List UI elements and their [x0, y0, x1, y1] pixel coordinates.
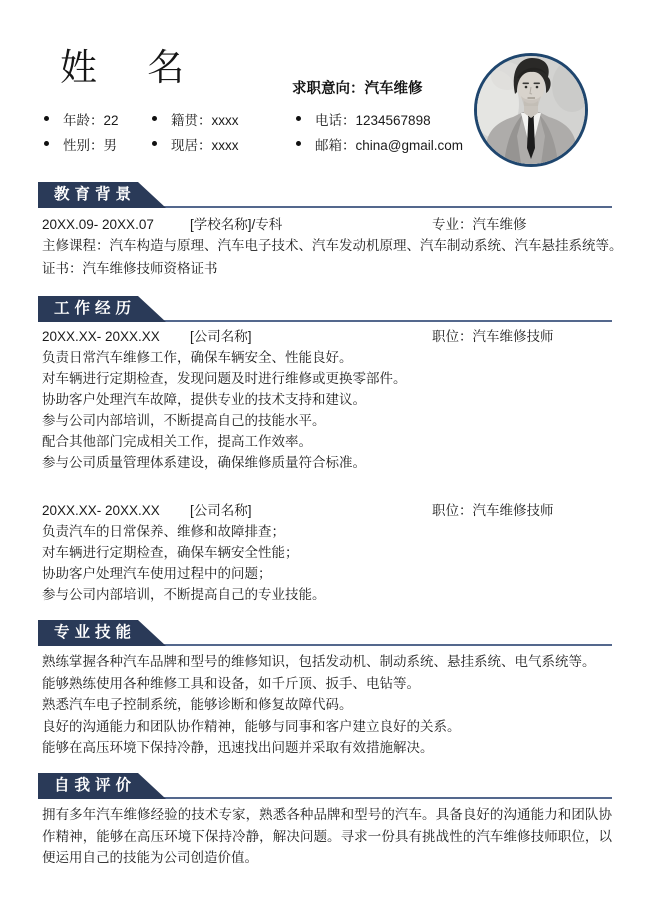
- job-objective: 求职意向：汽车维修: [292, 77, 423, 98]
- section-work-experience: 工作经历 20XX.XX- 20XX.XX [公司名称] 职位：汽车维修技师 负…: [38, 296, 612, 605]
- text-line: 参与公司内部培训，不断提高自己的技能水平。: [38, 410, 612, 431]
- contact-info-text: 电话：1234567898: [315, 109, 431, 129]
- contact-info-text: 年龄：22: [63, 109, 119, 129]
- skills-header: 专业技能: [38, 620, 612, 646]
- job1-dates: 20XX.XX- 20XX.XX: [42, 326, 190, 347]
- bullet-icon: [296, 116, 301, 121]
- bullet-icon: [44, 116, 49, 121]
- job1-company: [公司名称]: [190, 326, 432, 347]
- job1-position: 职位：汽车维修技师: [432, 326, 612, 347]
- education-dates: 20XX.09- 20XX.07: [42, 214, 190, 235]
- contact-info-item: 性别：男: [44, 131, 152, 156]
- contact-info-item: 年龄：22: [44, 106, 152, 131]
- contact-info-grid: 年龄：22 籍贯：xxxx 电话：1234567898 性别：男 现居：xxxx…: [44, 106, 463, 156]
- text-line: 协助客户处理汽车故障，提供专业的技术支持和建议。: [38, 389, 612, 410]
- section-education: 教育背景 20XX.09- 20XX.07 [学校名称]/专科 专业：汽车维修 …: [38, 182, 612, 280]
- job2-dates: 20XX.XX- 20XX.XX: [42, 500, 190, 521]
- resume-page: 姓 名 求职意向：汽车维修 年龄：22 籍贯：xxxx 电话：123456789…: [0, 0, 645, 912]
- work-header: 工作经历: [38, 296, 612, 322]
- education-title: 教育背景: [54, 186, 136, 203]
- profile-photo: [474, 53, 588, 167]
- job-block-2: 20XX.XX- 20XX.XX [公司名称] 职位：汽车维修技师 负责汽车的日…: [38, 500, 612, 605]
- contact-info-item: 电话：1234567898: [296, 106, 463, 131]
- text-line: 协助客户处理汽车使用过程中的问题；: [38, 563, 612, 584]
- skills-title: 专业技能: [54, 624, 136, 641]
- job2-position: 职位：汽车维修技师: [432, 500, 612, 521]
- education-meta-row: 20XX.09- 20XX.07 [学校名称]/专科 专业：汽车维修: [38, 214, 612, 235]
- candidate-name: 姓 名: [60, 46, 186, 90]
- contact-info-text: 性别：男: [63, 134, 117, 154]
- text-line: 负责日常汽车维修工作，确保车辆安全、性能良好。: [38, 347, 612, 368]
- text-line: 证书：汽车维修技师资格证书: [38, 258, 612, 281]
- education-title-banner: 教育背景: [38, 182, 166, 208]
- contact-info-text: 籍贯：xxxx: [171, 109, 239, 129]
- education-header: 教育背景: [38, 182, 612, 208]
- education-school: [学校名称]/专科: [190, 214, 432, 235]
- section-skills: 专业技能 熟练掌握各种汽车品牌和型号的维修知识，包括发动机、制动系统、悬挂系统、…: [38, 620, 612, 759]
- self-header: 自我评价: [38, 773, 612, 799]
- text-line: 能够在高压环境下保持冷静，迅速找出问题并采取有效措施解决。: [38, 737, 612, 759]
- job1-meta-row: 20XX.XX- 20XX.XX [公司名称] 职位：汽车维修技师: [38, 326, 612, 347]
- bullet-icon: [152, 141, 157, 146]
- text-line: 主修课程：汽车构造与原理、汽车电子技术、汽车发动机原理、汽车制动系统、汽车悬挂系…: [38, 235, 612, 258]
- portrait-illustration: [477, 56, 585, 164]
- self-title: 自我评价: [54, 777, 136, 794]
- job1-duties: 负责日常汽车维修工作，确保车辆安全、性能良好。对车辆进行定期检查，发现问题及时进…: [38, 347, 612, 473]
- self-evaluation-paragraph: 拥有多年汽车维修经验的技术专家，熟悉各种品牌和型号的汽车。具备良好的沟通能力和团…: [38, 804, 612, 869]
- text-line: 对车辆进行定期检查，确保车辆安全性能；: [38, 542, 612, 563]
- job2-meta-row: 20XX.XX- 20XX.XX [公司名称] 职位：汽车维修技师: [38, 500, 612, 521]
- education-major: 专业：汽车维修: [432, 214, 612, 235]
- bullet-icon: [152, 116, 157, 121]
- text-line: 能够熟练使用各种维修工具和设备，如千斤顶、扳手、电钻等。: [38, 673, 612, 695]
- education-lines: 主修课程：汽车构造与原理、汽车电子技术、汽车发动机原理、汽车制动系统、汽车悬挂系…: [38, 235, 612, 280]
- text-line: 参与公司质量管理体系建设，确保维修质量符合标准。: [38, 452, 612, 473]
- text-line: 良好的沟通能力和团队协作精神，能够与同事和客户建立良好的关系。: [38, 716, 612, 738]
- contact-info-text: 现居：xxxx: [171, 134, 239, 154]
- job2-duties: 负责汽车的日常保养、维修和故障排查；对车辆进行定期检查，确保车辆安全性能；协助客…: [38, 521, 612, 605]
- skills-lines: 熟练掌握各种汽车品牌和型号的维修知识，包括发动机、制动系统、悬挂系统、电气系统等…: [38, 651, 612, 759]
- job2-company: [公司名称]: [190, 500, 432, 521]
- text-line: 负责汽车的日常保养、维修和故障排查；: [38, 521, 612, 542]
- contact-info-text: 邮箱：china@gmail.com: [315, 134, 463, 154]
- job-block-1: 20XX.XX- 20XX.XX [公司名称] 职位：汽车维修技师 负责日常汽车…: [38, 326, 612, 473]
- text-line: 熟练掌握各种汽车品牌和型号的维修知识，包括发动机、制动系统、悬挂系统、电气系统等…: [38, 651, 612, 673]
- contact-info-item: 籍贯：xxxx: [152, 106, 296, 131]
- text-line: 配合其他部门完成相关工作，提高工作效率。: [38, 431, 612, 452]
- text-line: 参与公司内部培训，不断提高自己的专业技能。: [38, 584, 612, 605]
- section-self-evaluation: 自我评价 拥有多年汽车维修经验的技术专家，熟悉各种品牌和型号的汽车。具备良好的沟…: [38, 773, 612, 869]
- bullet-icon: [44, 141, 49, 146]
- skills-title-banner: 专业技能: [38, 620, 166, 646]
- contact-info-item: 邮箱：china@gmail.com: [296, 131, 463, 156]
- text-line: 熟悉汽车电子控制系统，能够诊断和修复故障代码。: [38, 694, 612, 716]
- work-title: 工作经历: [54, 300, 136, 317]
- contact-info-item: 现居：xxxx: [152, 131, 296, 156]
- self-title-banner: 自我评价: [38, 773, 166, 799]
- bullet-icon: [296, 141, 301, 146]
- work-title-banner: 工作经历: [38, 296, 166, 322]
- text-line: 对车辆进行定期检查，发现问题及时进行维修或更换零部件。: [38, 368, 612, 389]
